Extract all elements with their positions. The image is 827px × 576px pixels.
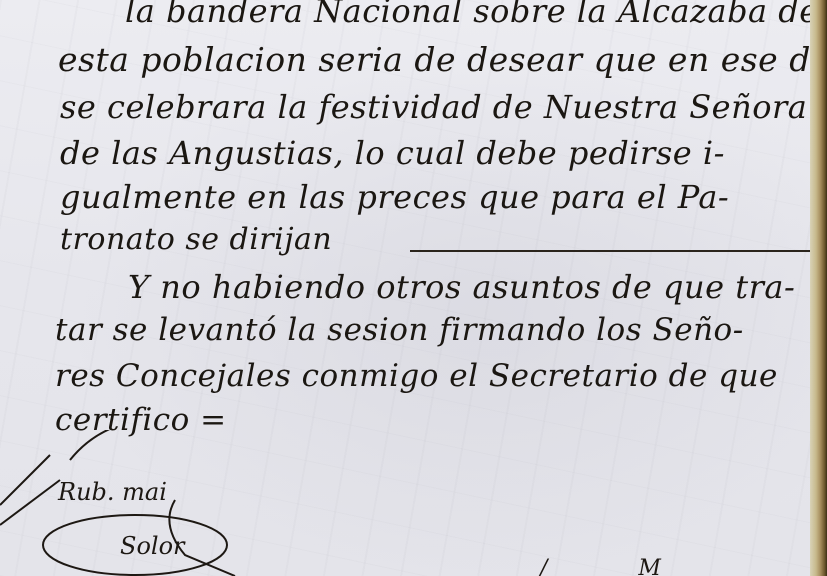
text-line-1: la bandera Nacional sobre la Alcazaba de: [125, 0, 812, 30]
text-line-5: gualmente en las preces que para el Pa-: [60, 178, 729, 216]
book-spine-edge: [810, 0, 827, 576]
manuscript-page: la bandera Nacional sobre la Alcazaba de…: [0, 0, 812, 576]
signature-fragment: / M: [540, 556, 661, 576]
signature-center: Solor: [120, 532, 185, 560]
signature-left: Rub. mai: [58, 478, 167, 506]
horizontal-rule: [410, 250, 812, 252]
text-line-8: tar se levantó la sesion firmando los Se…: [55, 312, 744, 348]
text-line-2: esta poblacion seria de desear que en es…: [58, 40, 812, 79]
text-line-7: Y no habiendo otros asuntos de que tra-: [128, 268, 795, 306]
text-line-6: tronato se dirijan: [60, 222, 332, 257]
text-line-3: se celebrara la festividad de Nuestra Se…: [60, 88, 807, 126]
text-line-4: de las Angustias, lo cual debe pedirse i…: [60, 134, 725, 172]
text-line-9: res Concejales conmigo el Secretario de …: [55, 358, 778, 394]
